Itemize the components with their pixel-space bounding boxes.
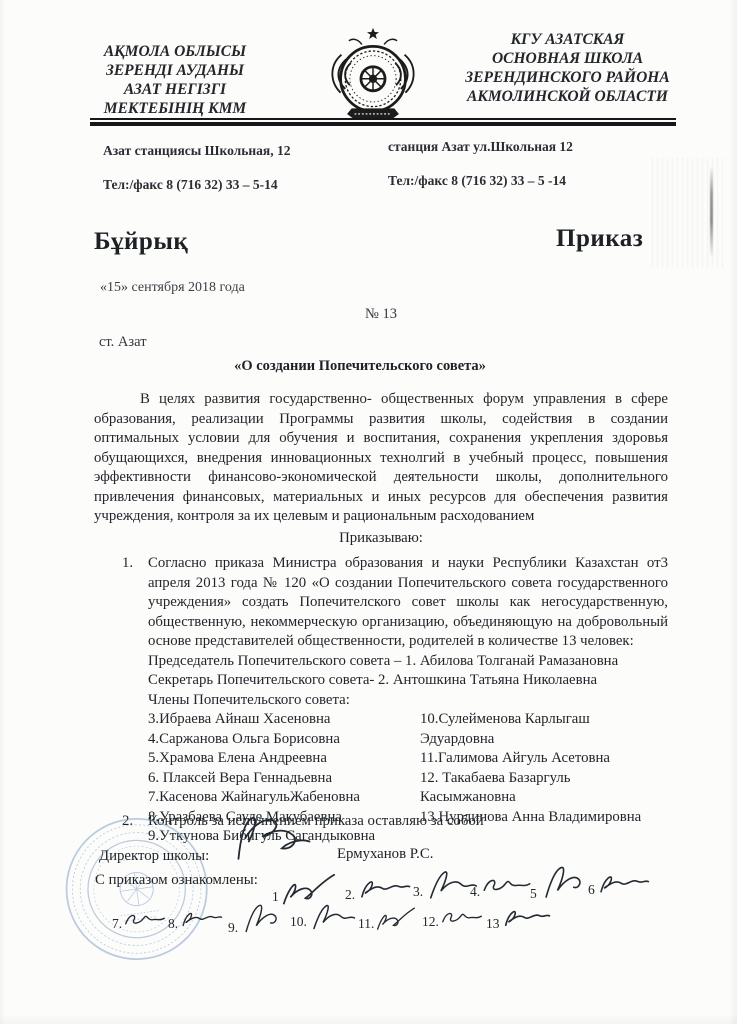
signature-entry: 12.	[422, 904, 484, 934]
item-number: 2.	[122, 812, 148, 832]
item1-text: Согласно приказа Министра образования и …	[148, 554, 668, 652]
order-title-russian: Приказ	[556, 225, 643, 253]
address-russian: станция Азат ул.Школьная 12	[388, 139, 673, 155]
signature-entry: 8.	[168, 904, 223, 936]
member-item: 7.Касенова ЖайнагульЖабеновна	[148, 788, 420, 808]
kazakhstan-emblem-icon	[323, 26, 423, 126]
org-kk-line: МЕКТЕБІНІҢ КММ	[60, 99, 290, 118]
org-ru-line: ЗЕРЕНДИНСКОГО РАЙОНА	[455, 68, 680, 87]
director-name: Ермуханов Р.С.	[337, 846, 433, 863]
member-item: 6. Плаксей Вера Геннадьевна	[148, 769, 420, 789]
order-item-2: 2. Контроль за исполнением приказа остав…	[122, 812, 668, 832]
command-word: Приказываю:	[95, 530, 667, 547]
order-subject: «О создании Попечительского совета»	[60, 358, 660, 375]
signature-entry: 7.	[112, 906, 167, 936]
director-label: Директор школы:	[99, 848, 209, 865]
order-place: ст. Азат	[99, 334, 147, 351]
address-kazakh: Азат станциясы Школьная, 12	[103, 143, 373, 159]
order-title-kazakh: Бұйрық	[94, 228, 188, 256]
signature-entry: 6	[588, 868, 650, 902]
signature-entry: 9.	[228, 900, 285, 940]
signature-entry: 13	[486, 902, 551, 936]
org-name-russian: КГУ АЗАТСКАЯ ОСНОВНАЯ ШКОЛА ЗЕРЕНДИНСКОГ…	[455, 30, 680, 126]
member-item: 10.Сулейменова Карлыгаш Эдуардовна	[420, 710, 660, 749]
phone-russian: Тел:/факс 8 (716 32) 33 – 5 -14	[388, 173, 673, 189]
signature-entry: 10.	[290, 902, 356, 934]
org-ru-line: ОСНОВНАЯ ШКОЛА	[455, 49, 680, 68]
signature-entry: 5	[530, 862, 590, 906]
acknowledged-label: С приказом ознакомлены:	[95, 872, 258, 889]
order-preamble: В целях развития государственно- обществ…	[94, 390, 668, 527]
secretary-line: Секретарь Попечительского совета- 2. Ант…	[148, 671, 668, 691]
signature-entry: 4.	[470, 870, 533, 904]
letterhead-divider	[90, 118, 676, 126]
org-ru-line: АКМОЛИНСКОЙ ОБЛАСТИ	[455, 87, 680, 106]
item-number: 1.	[122, 554, 148, 847]
member-item: 5.Храмова Елена Андреевна	[148, 749, 420, 769]
member-item: 4.Саржанова Ольга Борисовна	[148, 730, 420, 750]
order-item-1: 1. Согласно приказа Министра образования…	[122, 554, 668, 847]
signature-entry: 11.	[358, 904, 417, 936]
org-kk-line: АЗАТ НЕГІЗГІ	[60, 80, 290, 99]
member-item: 12. Такабаева Базаргуль Касымжановна	[420, 769, 660, 808]
org-kk-line: ЗЕРЕНДІ АУДАНЫ	[60, 61, 290, 80]
phone-kazakh: Тел:/факс 8 (716 32) 33 – 5-14	[103, 177, 373, 193]
director-signature	[222, 812, 326, 869]
signature-entry: 3.	[413, 868, 478, 904]
chair-line: Председатель Попечительского совета – 1.…	[148, 652, 668, 672]
order-number: № 13	[95, 306, 667, 323]
letterhead: АҚМОЛА ОБЛЫСЫ ЗЕРЕНДІ АУДАНЫ АЗАТ НЕГІЗГ…	[60, 26, 680, 126]
order-date: «15» сентября 2018 года	[100, 280, 245, 296]
org-name-kazakh: АҚМОЛА ОБЛЫСЫ ЗЕРЕНДІ АУДАНЫ АЗАТ НЕГІЗГ…	[60, 42, 290, 126]
member-item: 3.Ибраева Айнаш Хасеновна	[148, 710, 420, 730]
member-item: 11.Галимова Айгуль Асетовна	[420, 749, 660, 769]
scanned-order-document: АҚМОЛА ОБЛЫСЫ ЗЕРЕНДІ АУДАНЫ АЗАТ НЕГІЗГ…	[0, 0, 737, 1024]
org-kk-line: АҚМОЛА ОБЛЫСЫ	[60, 42, 290, 61]
members-heading: Члены Попечительского совета:	[148, 691, 668, 711]
org-ru-line: КГУ АЗАТСКАЯ	[455, 30, 680, 49]
